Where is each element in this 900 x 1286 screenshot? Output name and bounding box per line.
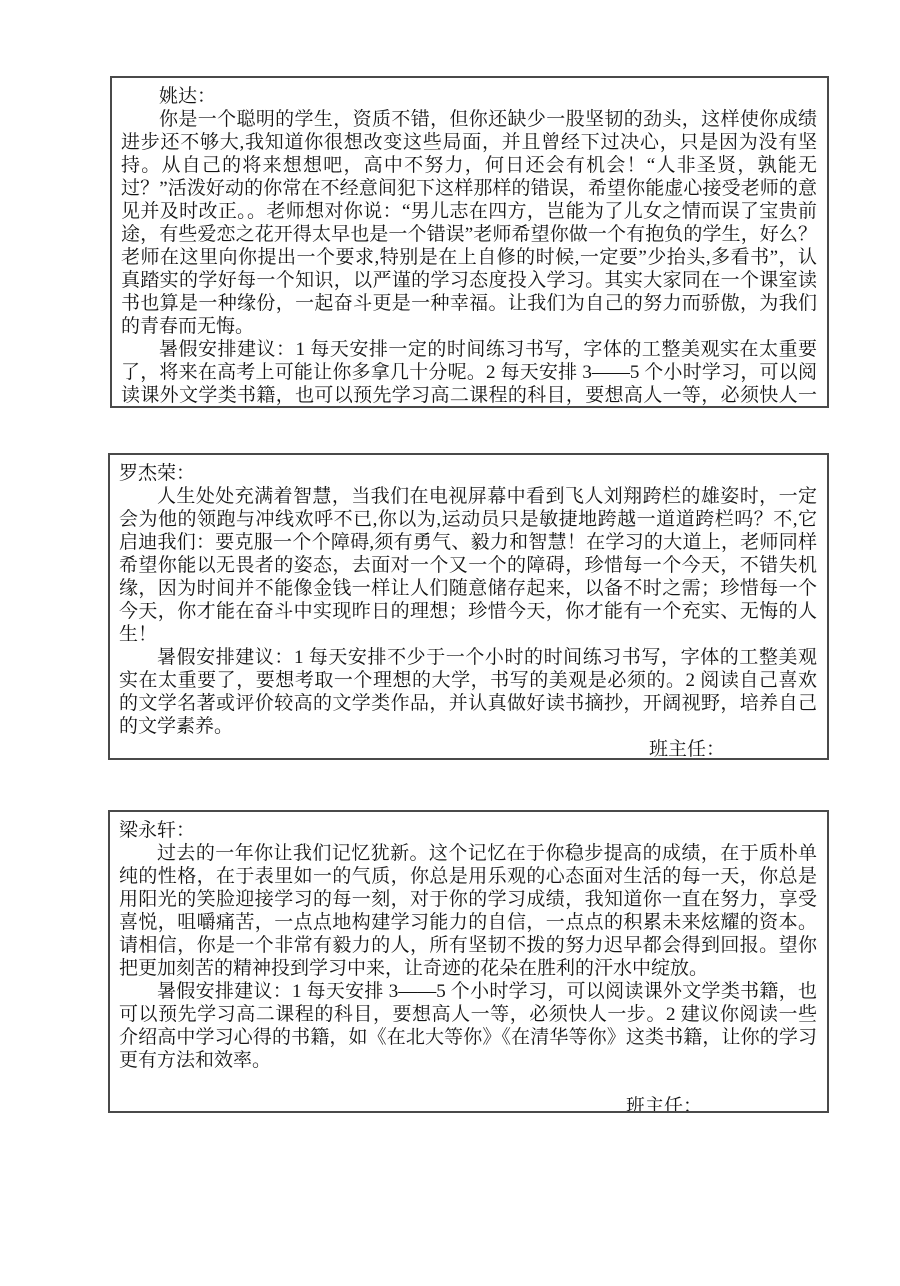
recipient-name: 罗杰荣： [119,462,817,485]
letter-card-yaoda: 姚达： 你是一个聪明的学生，资质不错，但你还缺少一股坚韧的劲头，这样使你成绩进步… [110,76,829,408]
letter-body-paragraph: 人生处处充满着智慧，当我们在电视屏幕中看到飞人刘翔跨栏的雄姿时，一定会为他的领跑… [119,485,817,646]
summer-plan-paragraph: 暑假安排建议：1 每天安排不少于一个小时的时间练习书写，字体的工整美观实在太重要… [119,646,817,738]
recipient-name: 梁永轩： [119,819,817,842]
teacher-signature: 班主任： [119,738,817,760]
letter-card-liangyongxuan: 梁永轩： 过去的一年你让我们记忆犹新。这个记忆在于你稳步提高的成绩，在于质朴单纯… [108,810,829,1113]
teacher-signature: 班主任： [119,1095,817,1113]
summer-plan-paragraph: 暑假安排建议：1 每天安排一定的时间练习书写，字体的工整美观实在太重要了，将来在… [121,338,817,408]
summer-plan-paragraph: 暑假安排建议：1 每天安排 3——5 个小时学习，可以阅读课外文学类书籍，也可以… [119,980,817,1072]
recipient-name: 姚达： [121,85,817,108]
letter-card-luojierong: 罗杰荣： 人生处处充满着智慧，当我们在电视屏幕中看到飞人刘翔跨栏的雄姿时，一定会… [108,453,829,760]
letter-body-paragraph: 过去的一年你让我们记忆犹新。这个记忆在于你稳步提高的成绩，在于质朴单纯的性格，在… [119,842,817,980]
letter-body-paragraph: 你是一个聪明的学生，资质不错，但你还缺少一股坚韧的劲头，这样使你成绩进步还不够大… [121,108,817,338]
